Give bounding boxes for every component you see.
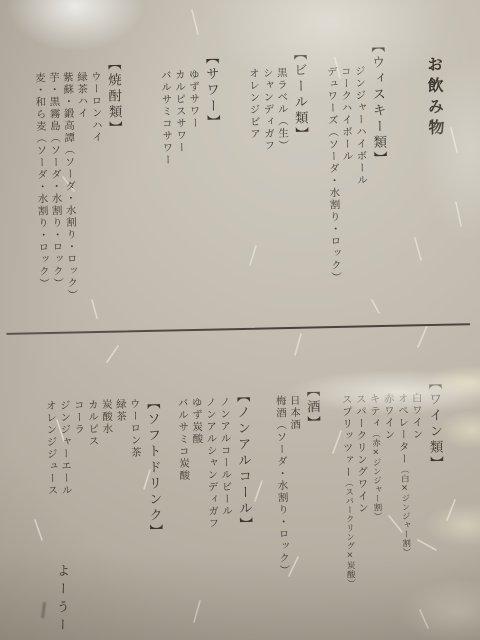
section-shochu: 【焼酎類】 ウーロンハイ 緑茶ハイ 紫蘇・鍛高譚（ソーダ・水割り・ロック） 芋・… xyxy=(32,44,128,348)
item-note: （スパークリング×炭酸） xyxy=(343,478,355,588)
section-sake: 【酒】 日本酒 梅酒（ソーダ・水割り・ロック） xyxy=(273,378,326,633)
menu-bottom-half: 【ワイン類】 白ワイン オペレーター（白×ジンジャー割） 赤ワイン キティ（赤×… xyxy=(43,376,448,638)
item-text: スプリッツァー xyxy=(341,394,355,479)
item-text: オペレーター xyxy=(397,392,411,465)
section-wine: 【ワイン類】 白ワイン オペレーター（白×ジンジャー割） 赤ワイン キティ（赤×… xyxy=(339,376,448,632)
handwritten-note: よーうー xyxy=(51,564,71,636)
ink-smudge xyxy=(41,602,46,618)
section-whisky: 【ウィスキー類】 ジンジャーハイボール コークハイボール デュワーズ（ソーダ・水… xyxy=(324,39,392,342)
item-note: （白×ジンジャー割） xyxy=(399,465,411,557)
item-text: キティ xyxy=(369,393,382,430)
menu-content: お飲み物 【ウィスキー類】 ジンジャーハイボール コークハイボール デュワーズ（… xyxy=(0,0,480,640)
item-note: （赤×ジンジャー割） xyxy=(370,429,382,521)
item-text: スパークリングワイン xyxy=(355,393,370,514)
section-beer: 【ビール類】 黒ラベル（生） シャンディガフ オレンジビア xyxy=(246,41,314,344)
item-text: 白ワイン xyxy=(411,392,424,441)
menu-paper: お飲み物 【ウィスキー類】 ジンジャーハイボール コークハイボール デュワーズ（… xyxy=(0,0,480,640)
section-non-alcohol: 【ノンアルコール】 ノンアルコールビール ノンアルシャンディガフ ゆず炭酸 バル… xyxy=(175,380,256,636)
section-sour: 【サワー】 ゆずサワー カルピスサワー バルサミコサワー xyxy=(158,42,226,345)
menu-top-half: お飲み物 【ウィスキー類】 ジンジャーハイボール コークハイボール デュワーズ（… xyxy=(32,38,450,349)
item-text: 赤ワイン xyxy=(383,393,396,442)
page-title: お飲み物 xyxy=(422,38,450,340)
